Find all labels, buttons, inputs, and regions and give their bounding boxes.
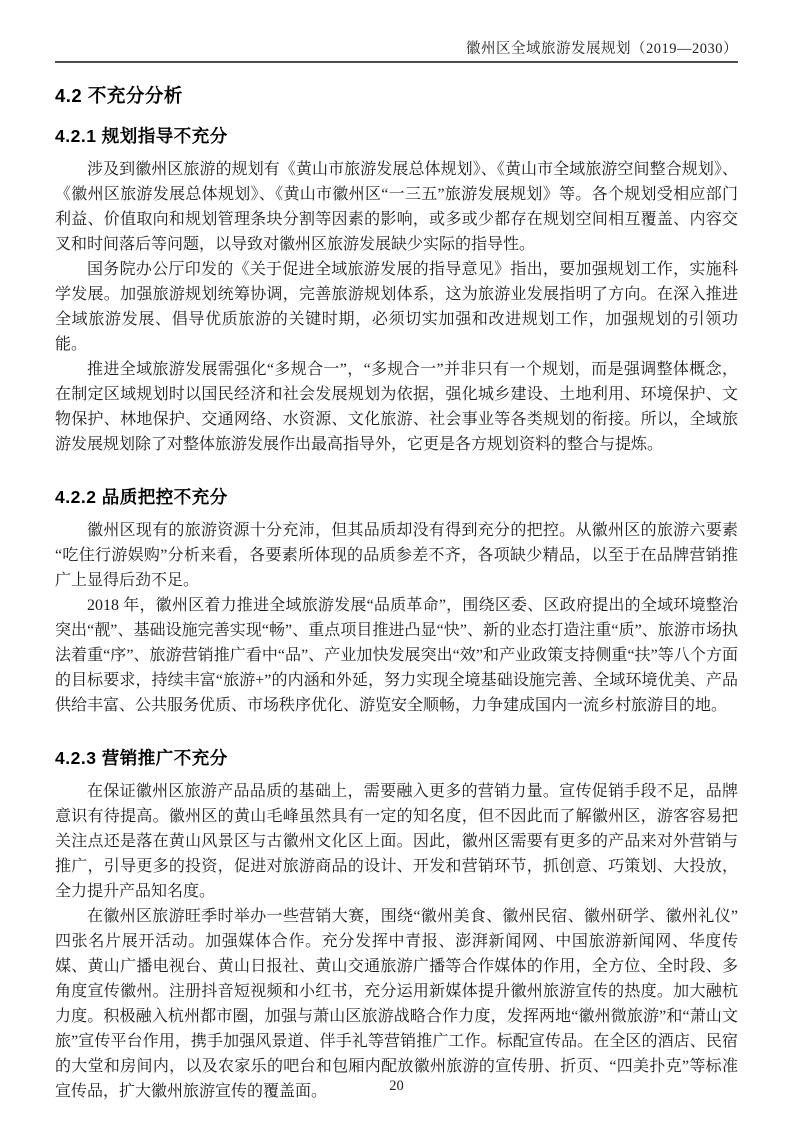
page-content: 4.2 不充分分析 4.2.1 规划指导不充分 涉及到徽州区旅游的规划有《黄山市… [55,82,738,1104]
paragraph: 徽州区现有的旅游资源十分充沛，但其品质却没有得到充分的把控。从徽州区的旅游六要素… [55,518,738,593]
paragraph: 国务院办公厅印发的《关于促进全域旅游发展的指导意见》指出，要加强规划工作，实施科… [55,257,738,357]
paragraph: 推进全域旅游发展需强化“多规合一”，“多规合一”并非只有一个规划，而是强调整体概… [55,357,738,457]
page-footer: 20 [0,1077,793,1095]
paragraph: 在保证徽州区旅游产品品质的基础上，需要融入更多的营销力量。宣传促销手段不足，品牌… [55,779,738,904]
subsection-heading-4-2-2: 4.2.2 品质把控不充分 [55,484,738,509]
page-header: 徽州区全域旅游发展规划（2019—2030） [55,0,738,63]
section-heading-4-2: 4.2 不充分分析 [55,82,738,108]
header-title: 徽州区全域旅游发展规划（2019—2030） [55,37,738,58]
page-number: 20 [389,1078,404,1094]
paragraph: 在徽州区旅游旺季时举办一些营销大赛，围绕“徽州美食、徽州民宿、徽州研学、徽州礼仪… [55,904,738,1104]
subsection-heading-4-2-3: 4.2.3 营销推广不充分 [55,745,738,770]
subsection-heading-4-2-1: 4.2.1 规划指导不充分 [55,123,738,148]
paragraph: 2018 年，徽州区着力推进全域旅游发展“品质革命”，围绕区委、区政府提出的全域… [55,593,738,718]
document-page: 徽州区全域旅游发展规划（2019—2030） 4.2 不充分分析 4.2.1 规… [0,0,793,1122]
paragraph: 涉及到徽州区旅游的规划有《黄山市旅游发展总体规划》、《黄山市全域旅游空间整合规划… [55,157,738,257]
